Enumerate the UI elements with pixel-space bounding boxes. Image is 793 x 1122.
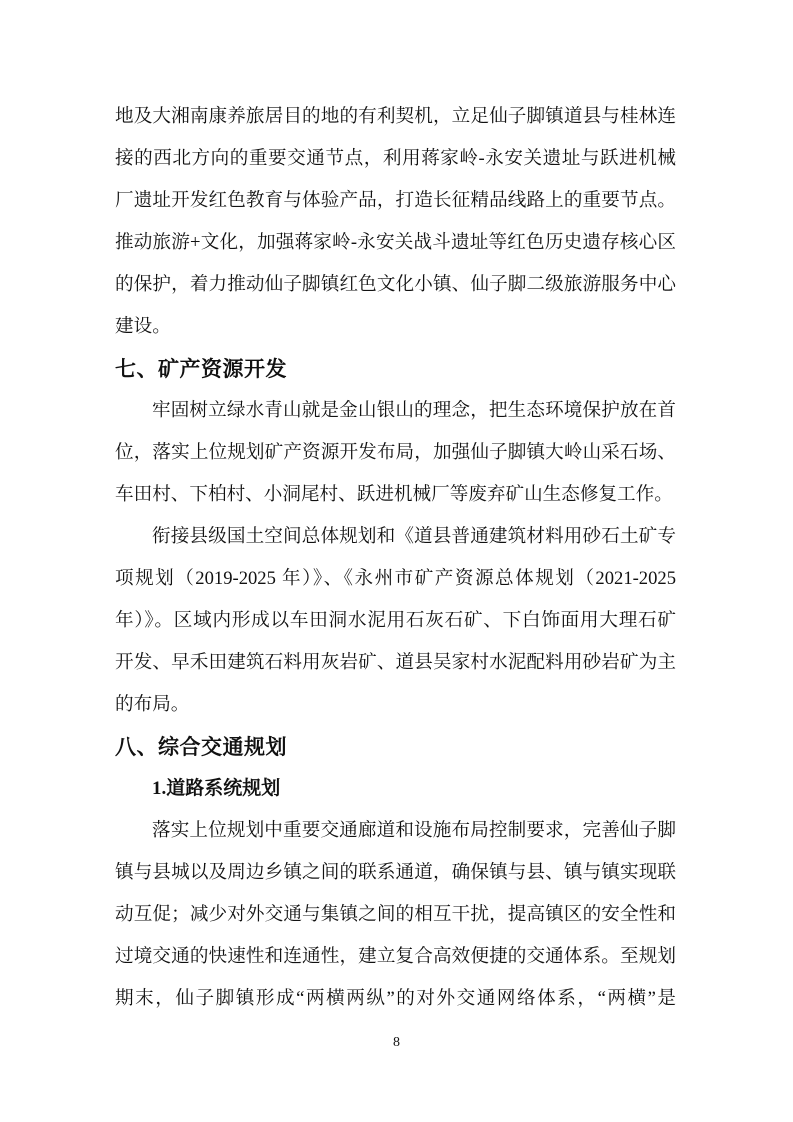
text-line: 厂遗址开发红色教育与体验产品，打造长征精品线路上的重要节点。	[115, 180, 676, 222]
text-line: 地及大湘南康养旅居目的地的有利契机，立足仙子脚镇道县与桂林连	[115, 96, 676, 138]
text-line: 车田村、下柏村、小洞尾村、跃进机械厂等废弃矿山生态修复工作。	[115, 474, 676, 516]
section-heading-mineral-resources: 七、矿产资源开发	[115, 348, 676, 390]
page-number: 8	[0, 1033, 793, 1053]
text-line: 落实上位规划中重要交通廊道和设施布局控制要求，完善仙子脚	[115, 810, 676, 852]
text-line: 期末，仙子脚镇形成“两横两纵”的对外交通网络体系，“两横”是	[115, 978, 676, 1020]
text-line: 建设。	[115, 306, 676, 348]
text-line: 动互促；减少对外交通与集镇之间的相互干扰，提高镇区的安全性和	[115, 894, 676, 936]
text-line: 开发、早禾田建筑石料用灰岩矿、道县吴家村水泥配料用砂岩矿为主	[115, 642, 676, 684]
text-line: 推动旅游+文化，加强蒋家岭-永安关战斗遗址等红色历史遗存核心区	[115, 222, 676, 264]
paragraph-tourism-continuation: 地及大湘南康养旅居目的地的有利契机，立足仙子脚镇道县与桂林连 接的西北方向的重要…	[115, 96, 676, 348]
text-line: 牢固树立绿水青山就是金山银山的理念，把生态环境保护放在首	[115, 390, 676, 432]
text-line: 的保护，着力推动仙子脚镇红色文化小镇、仙子脚二级旅游服务中心	[115, 264, 676, 306]
paragraph-road-system: 落实上位规划中重要交通廊道和设施布局控制要求，完善仙子脚 镇与县城以及周边乡镇之…	[115, 810, 676, 1020]
text-line: 的布局。	[115, 684, 676, 726]
subsection-heading-road-system: 1.道路系统规划	[115, 768, 676, 810]
text-line: 项规划（2019-2025 年）》、《永州市矿产资源总体规划（2021-2025	[115, 558, 676, 600]
section-heading-transport-planning: 八、综合交通规划	[115, 726, 676, 768]
text-line: 衔接县级国土空间总体规划和《道县普通建筑材料用砂石土矿专	[115, 516, 676, 558]
paragraph-mineral-planning: 衔接县级国土空间总体规划和《道县普通建筑材料用砂石土矿专 项规划（2019-20…	[115, 516, 676, 726]
paragraph-mineral-ecology: 牢固树立绿水青山就是金山银山的理念，把生态环境保护放在首 位，落实上位规划矿产资…	[115, 390, 676, 516]
document-content: 地及大湘南康养旅居目的地的有利契机，立足仙子脚镇道县与桂林连 接的西北方向的重要…	[115, 96, 676, 1020]
text-line: 位，落实上位规划矿产资源开发布局，加强仙子脚镇大岭山采石场、	[115, 432, 676, 474]
text-line: 接的西北方向的重要交通节点，利用蒋家岭-永安关遗址与跃进机械	[115, 138, 676, 180]
text-line: 年）》。区域内形成以车田洞水泥用石灰石矿、下白饰面用大理石矿	[115, 600, 676, 642]
text-line: 过境交通的快速性和连通性，建立复合高效便捷的交通体系。至规划	[115, 936, 676, 978]
text-line: 镇与县城以及周边乡镇之间的联系通道，确保镇与县、镇与镇实现联	[115, 852, 676, 894]
document-page: 地及大湘南康养旅居目的地的有利契机，立足仙子脚镇道县与桂林连 接的西北方向的重要…	[0, 0, 793, 1122]
